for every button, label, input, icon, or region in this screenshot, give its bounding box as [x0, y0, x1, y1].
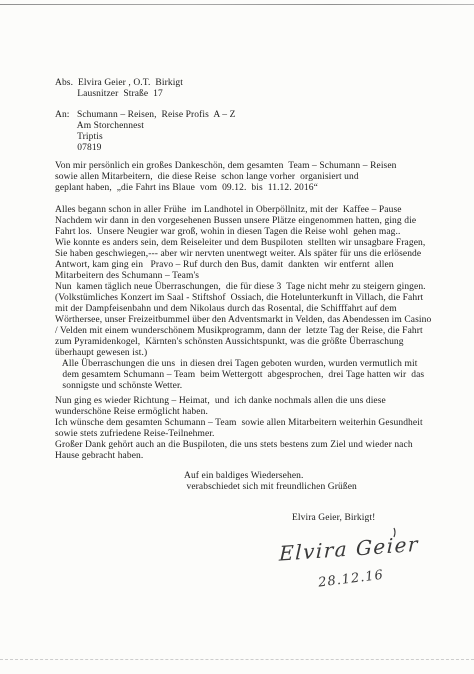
sender-address: Abs. Elvira Geier , O.T. Birkigt Lausnit…	[55, 78, 183, 100]
paragraph-farewell-thanks: Nun ging es wieder Richtung – Heimat, un…	[55, 396, 423, 462]
scanned-letter-page: Abs. Elvira Geier , O.T. Birkigt Lausnit…	[0, 0, 474, 674]
handwritten-date-text: 28.12.16	[316, 568, 384, 591]
paragraph-trip-story: Alles begann schon in aller Frühe im Lan…	[55, 205, 431, 359]
handwritten-name-text: Elvira Geier	[278, 532, 420, 566]
paragraph-thank-you: Von mir persönlich ein großes Dankeschön…	[55, 161, 397, 194]
typed-signature-name: Elvira Geier, Birkigt!	[292, 513, 375, 524]
scan-edge-top	[0, 4, 474, 5]
scan-edge-bottom	[0, 659, 474, 660]
handwritten-signature: Elvira Geier 28.12.16	[266, 524, 426, 598]
recipient-address: An: Schumann – Reisen, Reise Profis A – …	[55, 110, 236, 154]
paragraph-weather: Alle Überraschungen die uns in diesen dr…	[55, 359, 424, 392]
closing-lines: Auf ein baldiges Wiedersehen. verabschie…	[184, 471, 357, 493]
